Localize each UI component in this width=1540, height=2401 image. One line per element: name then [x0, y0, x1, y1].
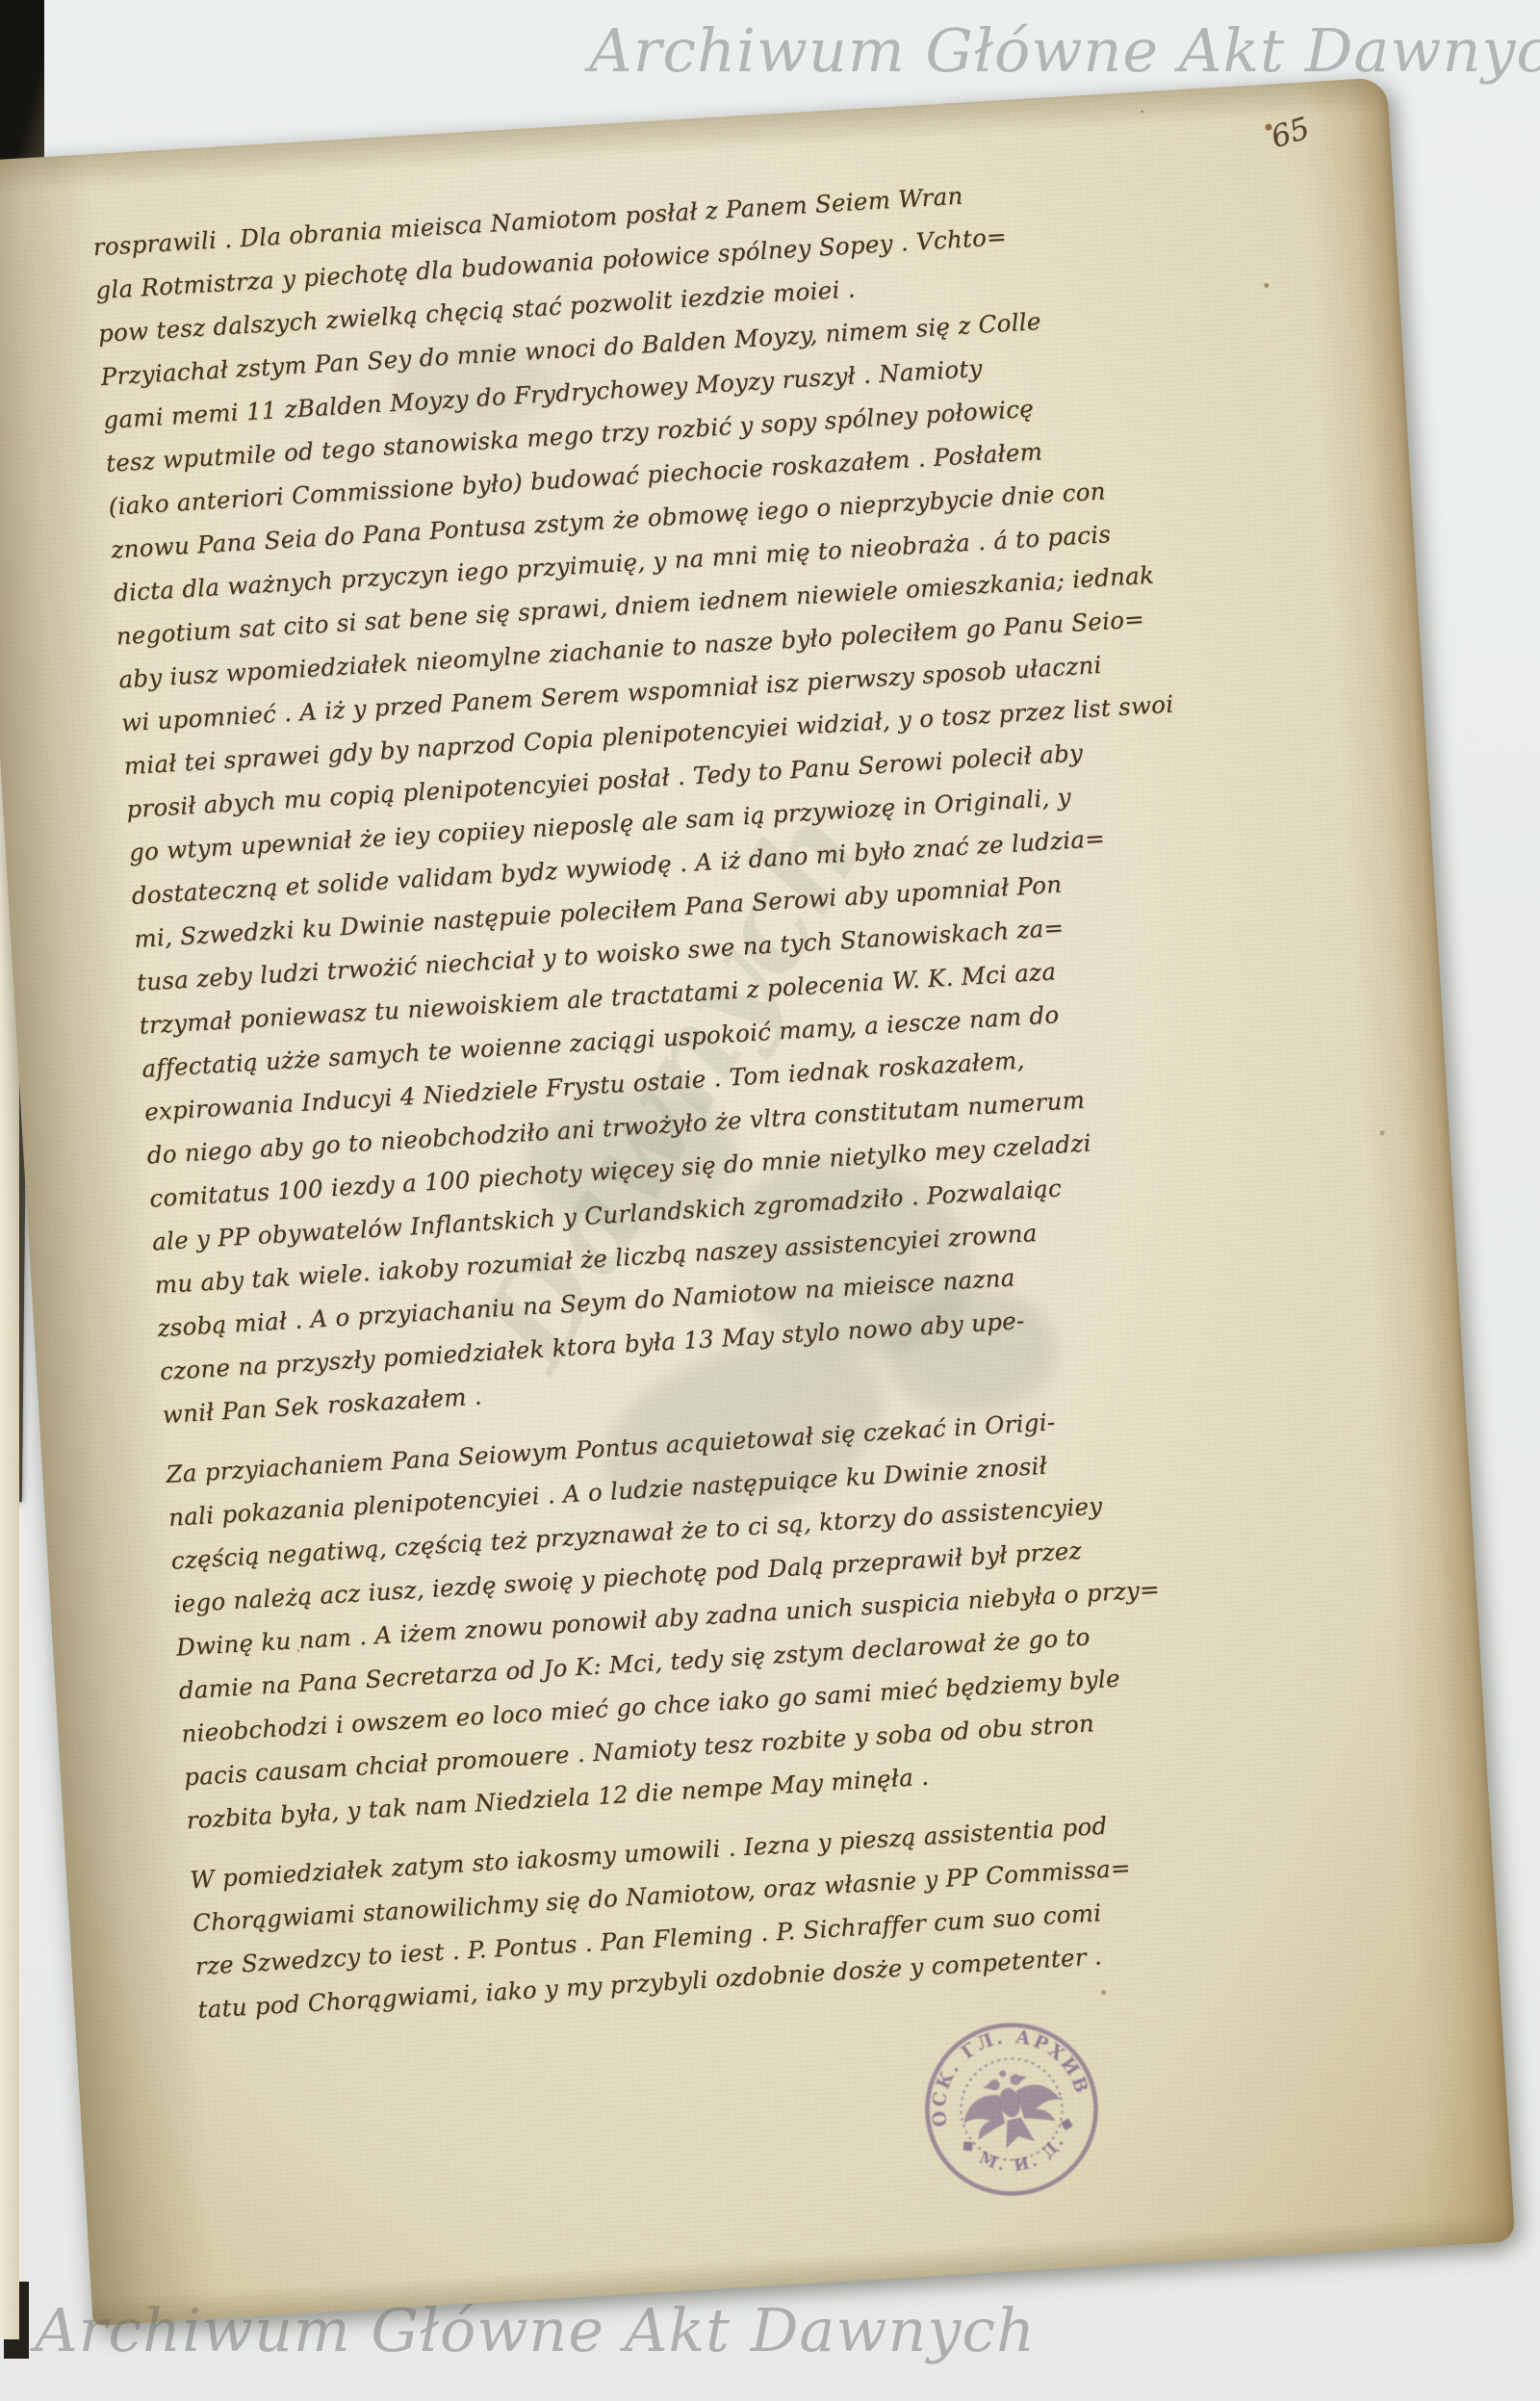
paragraph: Za przyiachaniem Pana Seiowym Pontus acq…	[165, 1379, 1443, 1843]
manuscript-page: Dawnych 65 rosprawili . Dla obrania miei…	[0, 77, 1515, 2326]
paragraph: rosprawili . Dla obrania mieisca Namioto…	[91, 151, 1418, 1436]
scanned-manuscript-view: Dawnych 65 rosprawili . Dla obrania miei…	[0, 0, 1540, 2401]
manuscript-text: rosprawili . Dla obrania mieisca Namioto…	[91, 151, 1454, 2048]
watermark-top: Archiwum Główne Akt Dawnych	[589, 15, 1540, 86]
